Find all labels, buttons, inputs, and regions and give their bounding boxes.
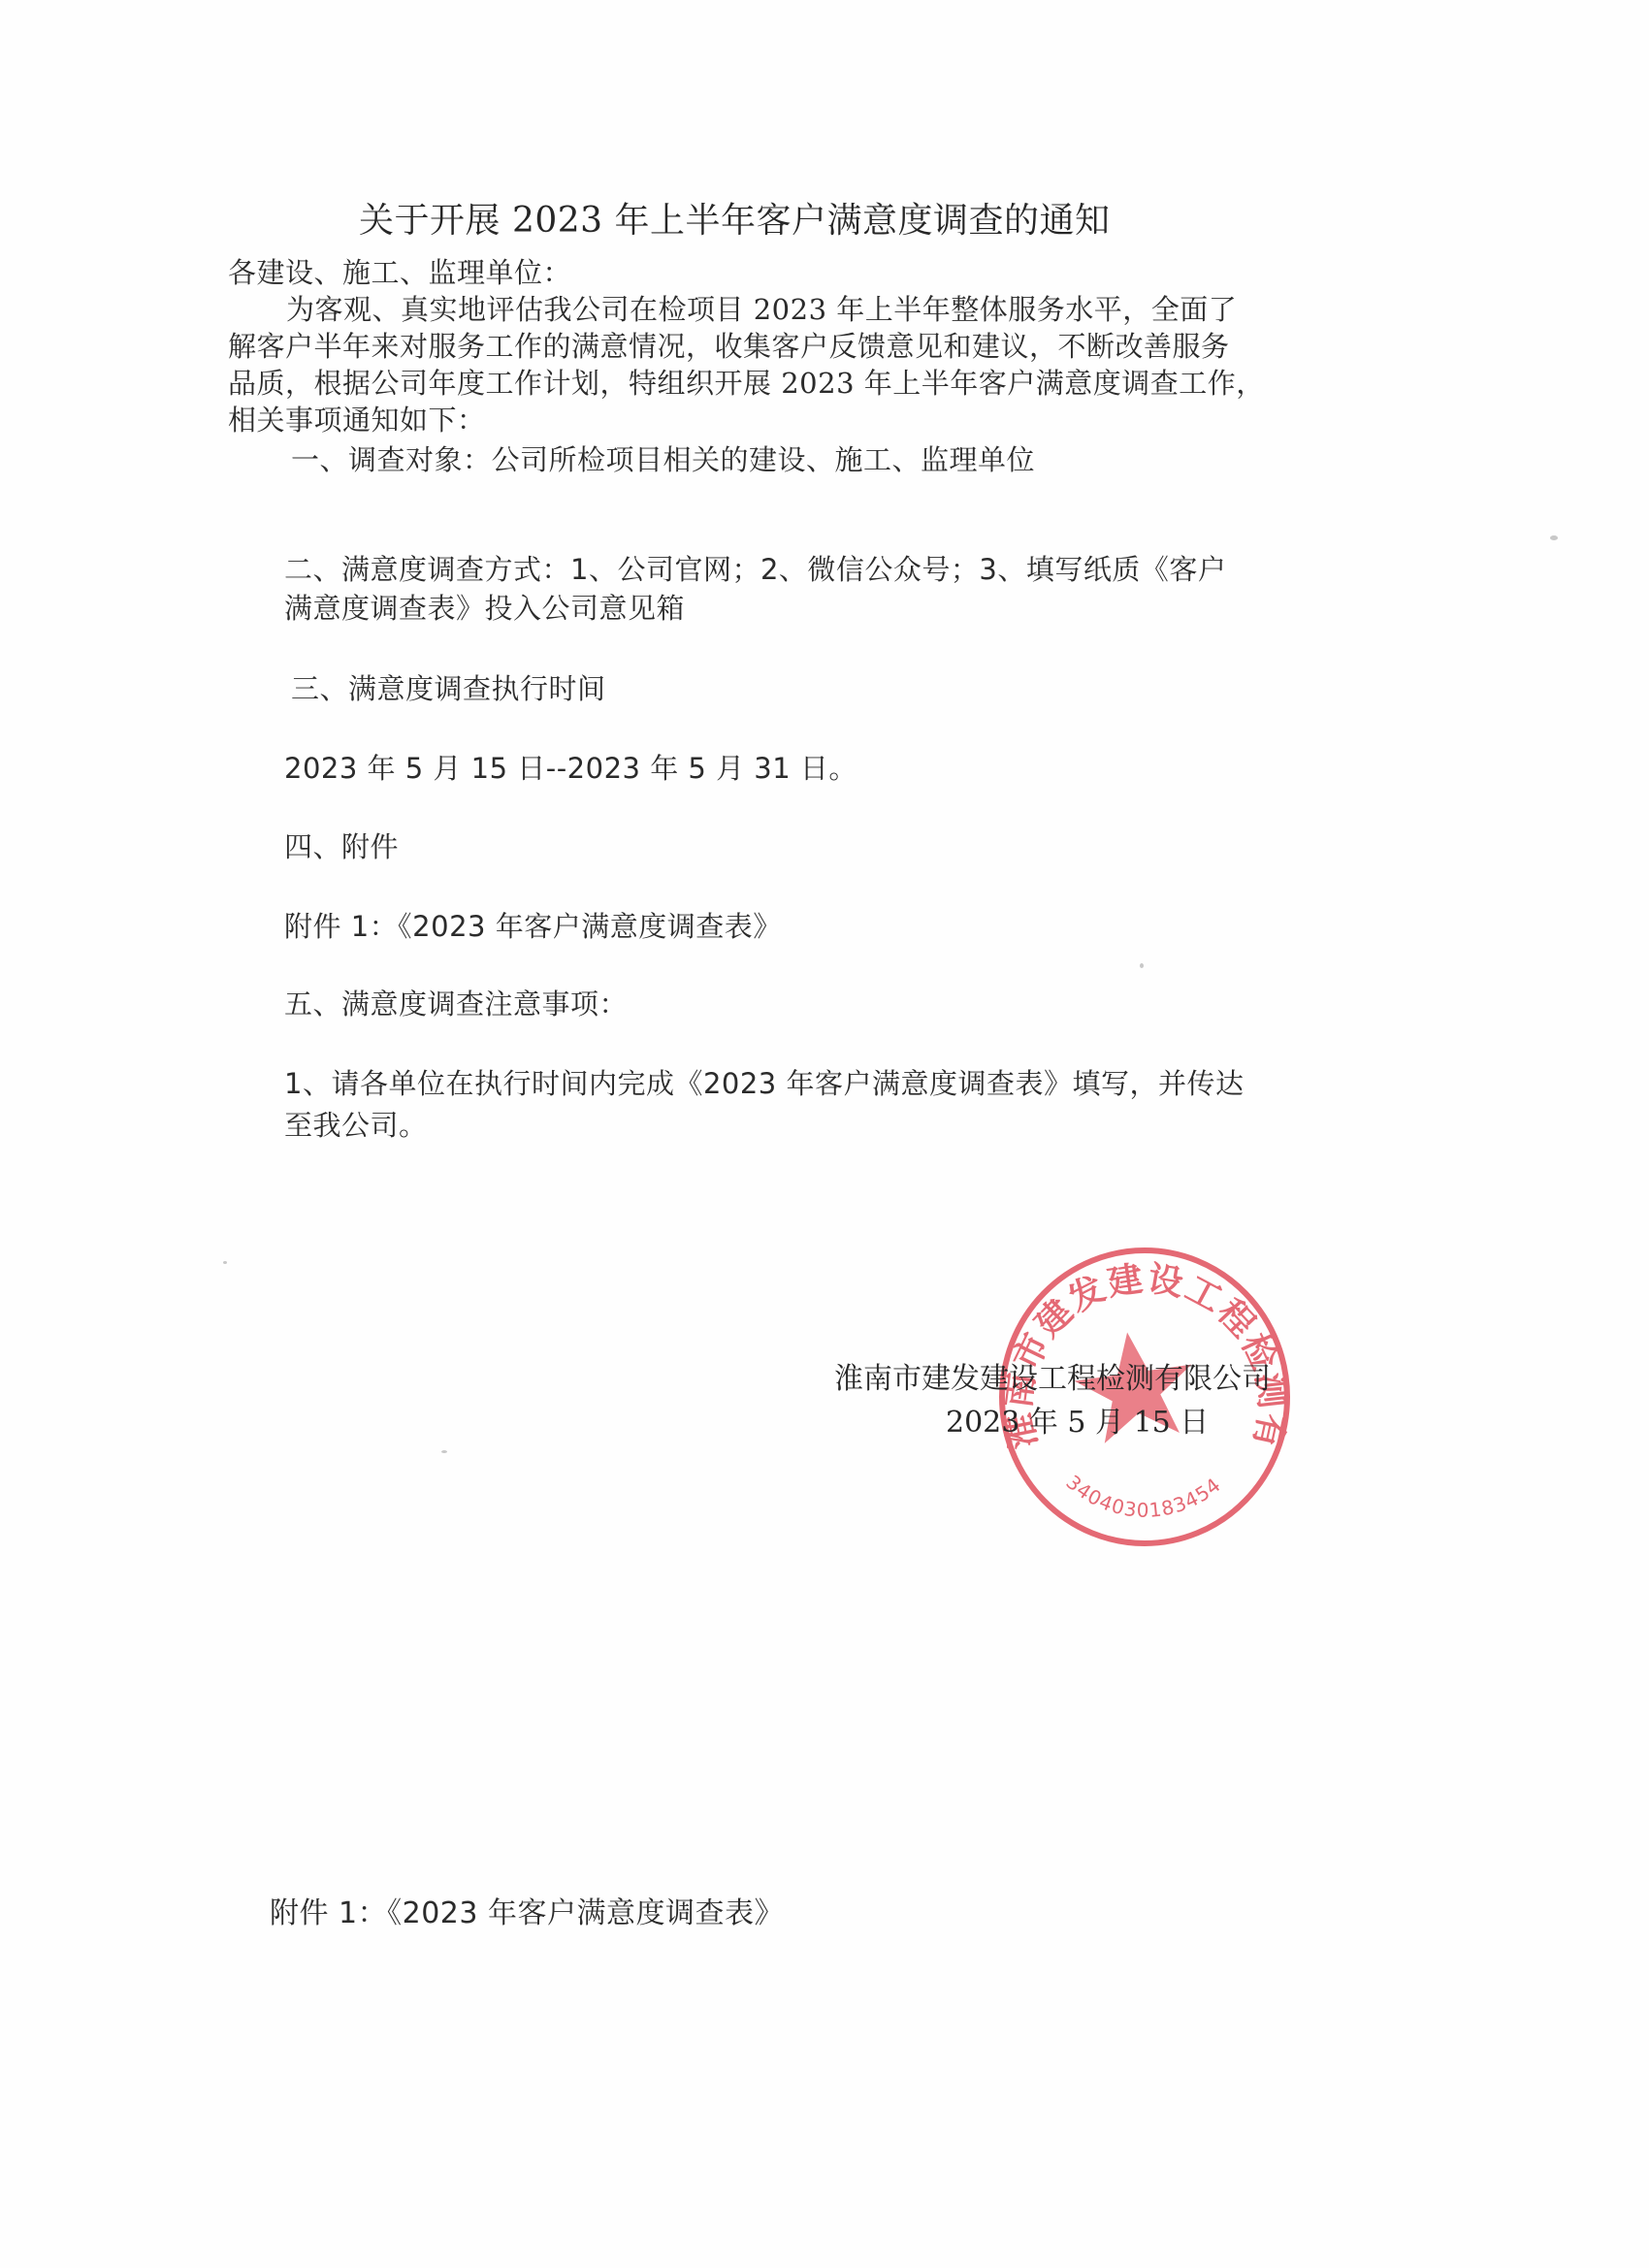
section-one: 一、调查对象：公司所检项目相关的建设、施工、监理单位	[291, 441, 1035, 478]
scan-speck	[1140, 963, 1144, 968]
signature-company: 淮南市建发建设工程检测有限公司	[834, 1361, 1271, 1398]
section-five-item-1-line-1: 1、请各单位在执行时间内完成《2023 年客户满意度调查表》填写，并传达	[284, 1065, 1244, 1102]
section-five-item-1-line-2: 至我公司。	[284, 1107, 428, 1144]
seal-code: 3404030183454	[1061, 1471, 1225, 1522]
intro-line-1: 为客观、真实地评估我公司在检项目 2023 年上半年整体服务水平，全面了	[286, 291, 1237, 328]
section-four: 四、附件	[284, 828, 399, 865]
signature-date: 2023 年 5 月 15 日	[946, 1405, 1209, 1442]
svg-text:3404030183454: 3404030183454	[1061, 1471, 1225, 1522]
salutation: 各建设、施工、监理单位：	[228, 254, 571, 291]
footer-attachment-title: 附件 1：《2023 年客户满意度调查表》	[270, 1895, 784, 1932]
intro-line-4: 相关事项通知如下：	[228, 402, 486, 438]
scan-speck	[223, 1261, 227, 1264]
intro-line-3: 品质，根据公司年度工作计划，特组织开展 2023 年上半年客户满意度调查工作，	[228, 365, 1265, 402]
scan-speck	[441, 1450, 447, 1453]
section-four-value: 附件 1：《2023 年客户满意度调查表》	[284, 908, 782, 945]
section-two-line-1: 二、满意度调查方式：1、公司官网；2、微信公众号；3、填写纸质《客户	[284, 551, 1226, 588]
section-three: 三、满意度调查执行时间	[291, 670, 606, 707]
section-two-line-2: 满意度调查表》投入公司意见箱	[284, 590, 685, 627]
document-page: 关于开展 2023 年上半年客户满意度调查的通知 各建设、施工、监理单位： 为客…	[0, 0, 1649, 2268]
scan-speck	[1550, 535, 1558, 540]
section-three-value: 2023 年 5 月 15 日--2023 年 5 月 31 日。	[284, 750, 857, 787]
section-five: 五、满意度调查注意事项：	[284, 986, 628, 1022]
document-title: 关于开展 2023 年上半年客户满意度调查的通知	[359, 200, 1111, 243]
intro-line-2: 解客户半年来对服务工作的满意情况，收集客户反馈意见和建议，不断改善服务	[228, 328, 1230, 365]
